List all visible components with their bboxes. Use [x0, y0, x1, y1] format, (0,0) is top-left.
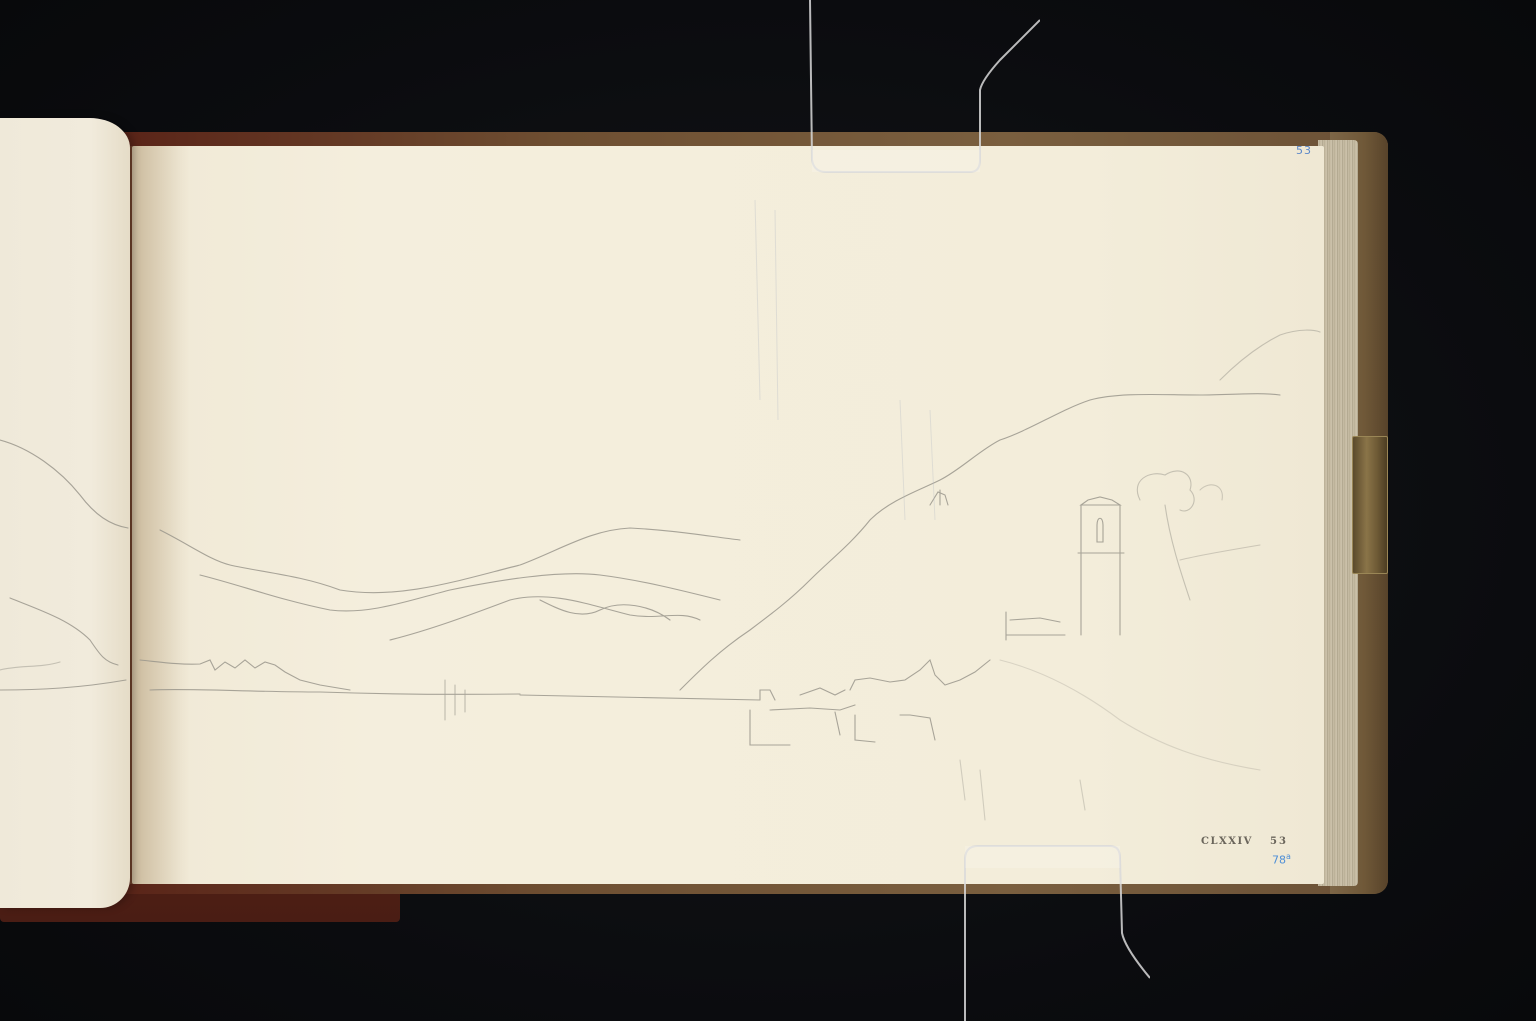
right-page	[132, 146, 1324, 884]
catalog-reference: CLXXIV	[1201, 836, 1253, 847]
plastic-clip-top	[800, 0, 1040, 180]
page-number: 53	[1296, 144, 1312, 157]
blue-folio-ref: 78a	[1272, 852, 1291, 867]
gutter-shadow	[130, 146, 190, 884]
plastic-clip-bottom	[950, 838, 1150, 1021]
brass-clasp	[1352, 436, 1388, 574]
blue-folio-number: 78	[1272, 854, 1286, 867]
left-page-curled	[0, 118, 130, 908]
catalog-folio: 53	[1270, 836, 1288, 847]
blue-folio-suffix: a	[1286, 852, 1291, 861]
